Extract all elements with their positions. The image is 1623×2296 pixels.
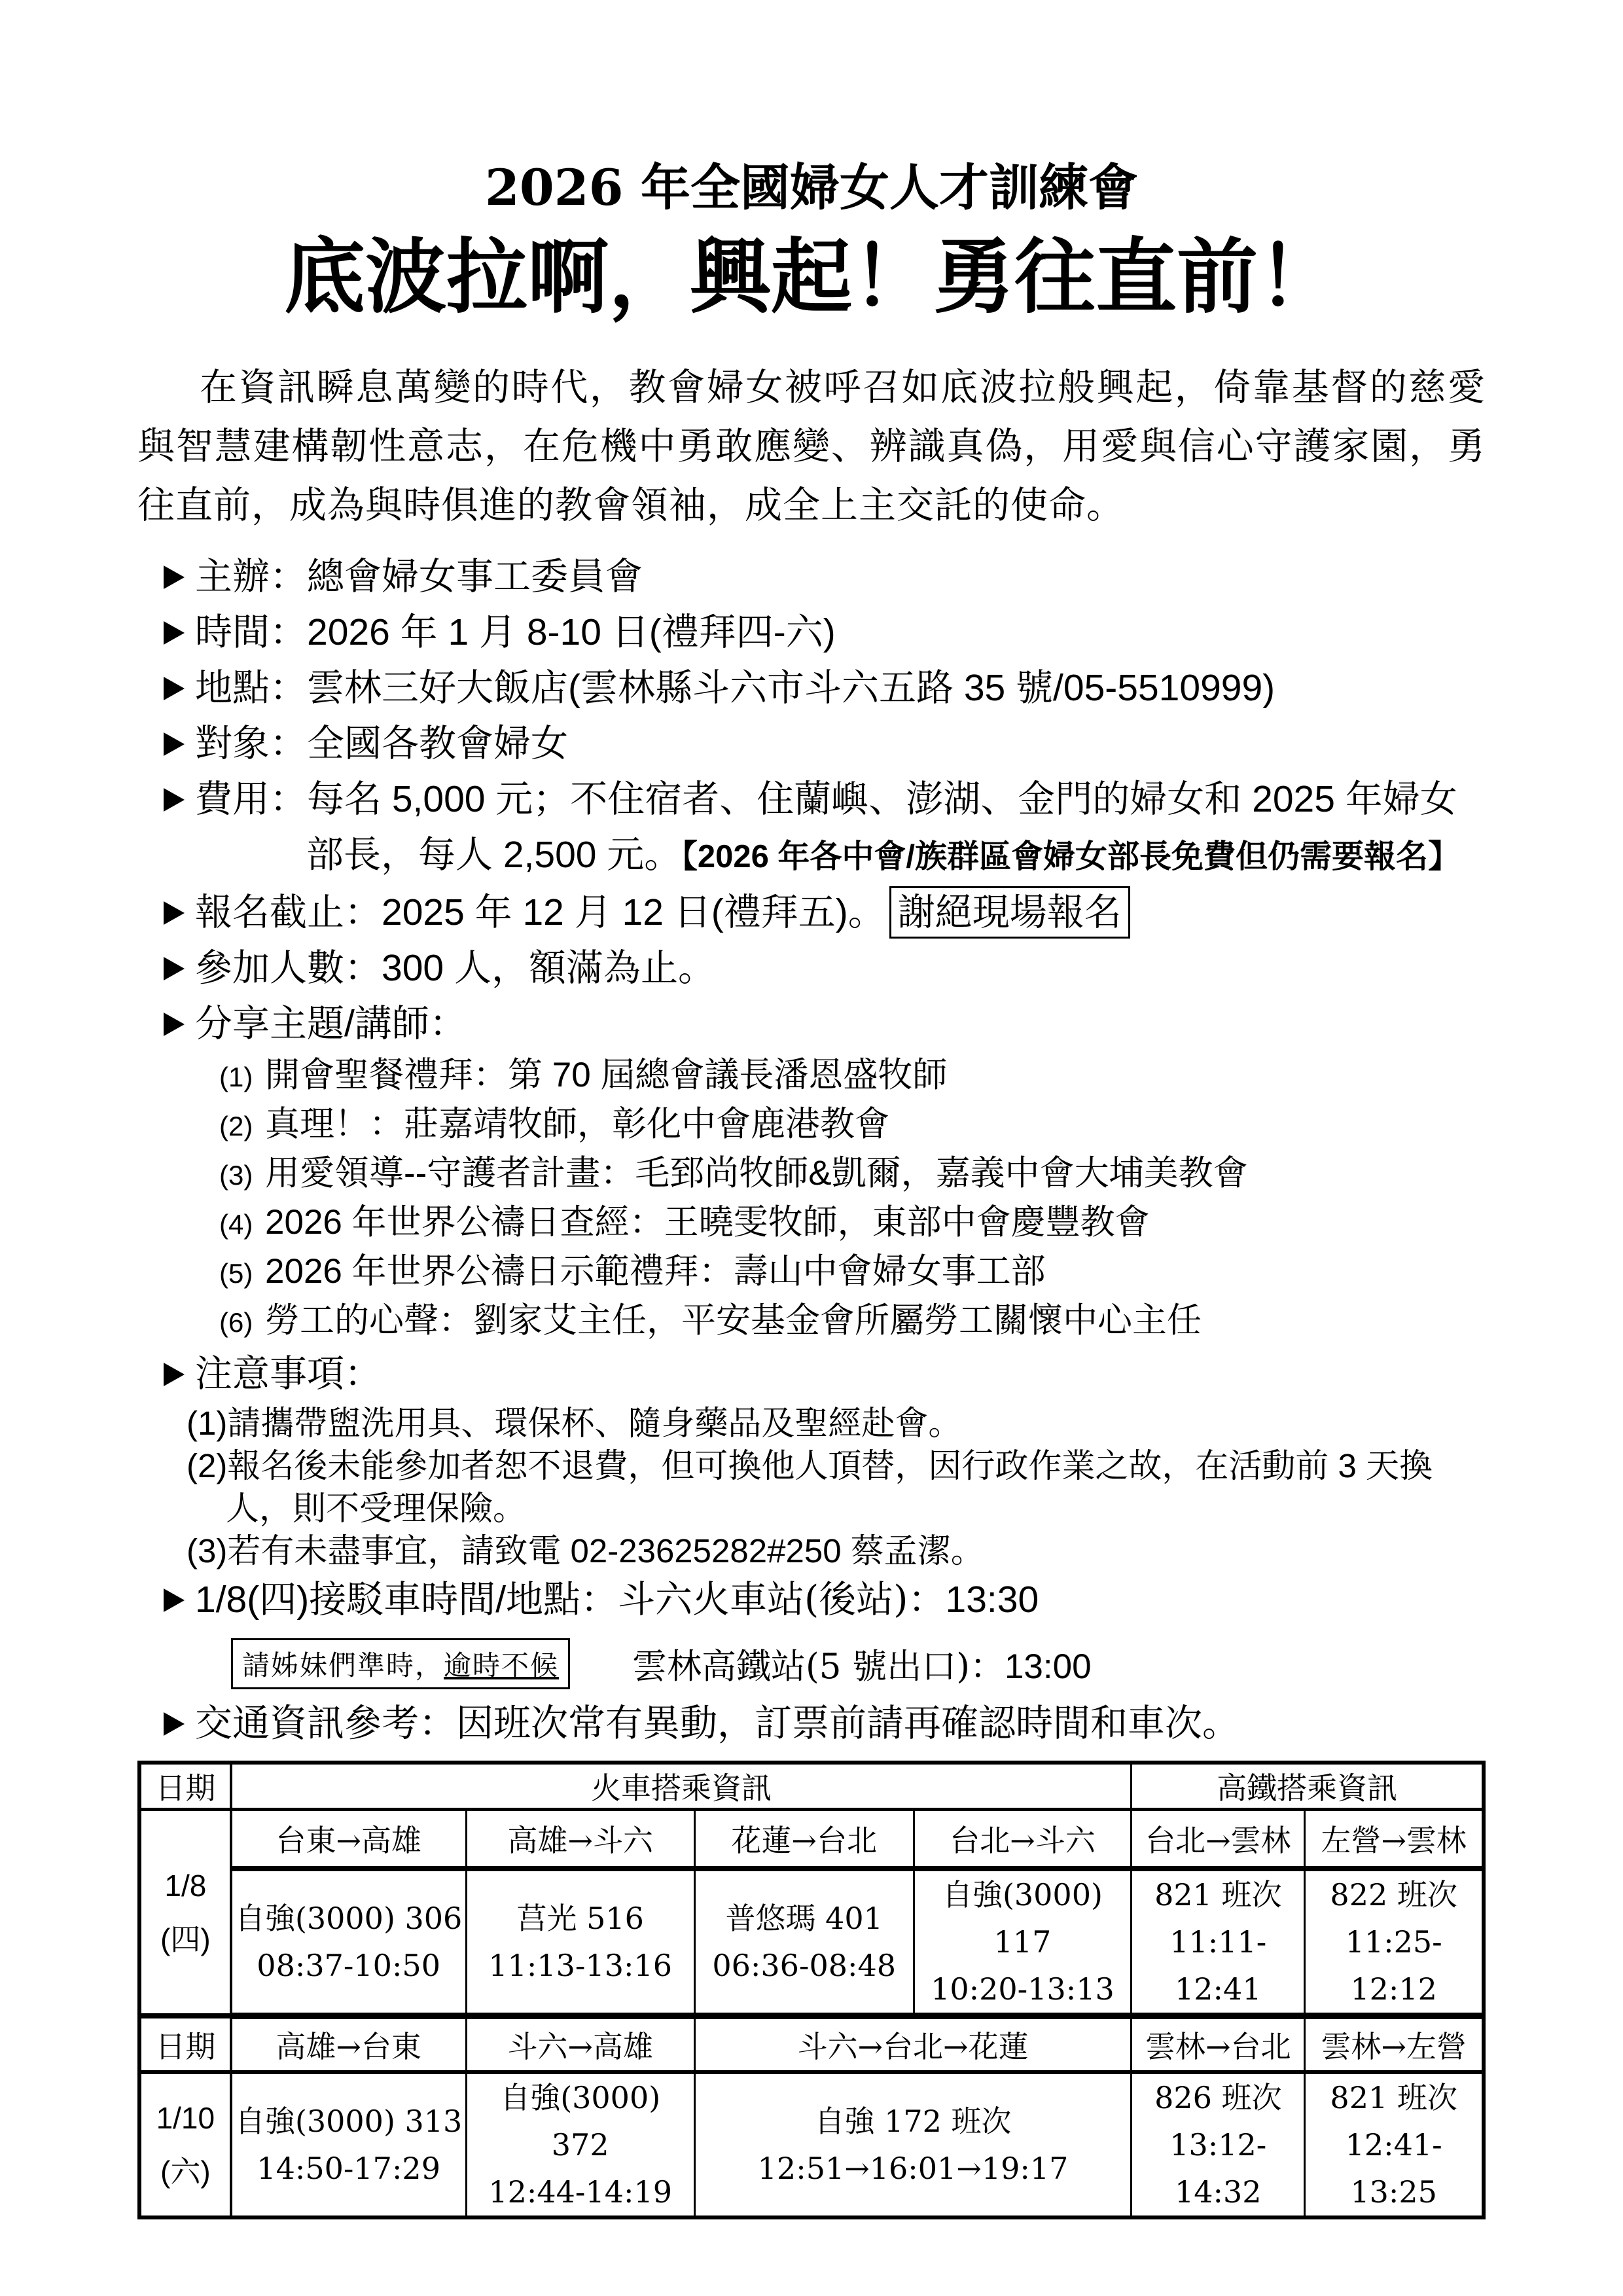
traffic-text: 交通資訊參考：因班次常有異動，訂票前請再確認時間和車次。 [195, 1696, 1486, 1751]
shuttle-text: 1/8(四)接駁車時間/地點：斗六火車站(後站)：13:30 [195, 1572, 1486, 1628]
notes-label: 注意事項： [195, 1346, 1486, 1402]
route-cell: 台北→雲林 [1132, 1810, 1305, 1869]
shuttle-time2: ：13:00 [970, 1639, 1092, 1689]
routes-row-day2: 日期 高雄→台東 斗六→高雄 斗六→台北→花蓮 雲林→台北 雲林→左營 [139, 2016, 1484, 2072]
route-cell: 台北→斗六 [914, 1810, 1132, 1869]
deadline-box: 謝絕現場報名 [889, 886, 1130, 939]
service-cell: 自強(3000) 11710:20-13:13 [914, 1869, 1132, 2016]
time-text: 時間：2026 年 1 月 8-10 日(禮拜四-六) [195, 605, 1486, 660]
event-slogan-title: 底波拉啊，興起！勇往直前！ [137, 231, 1486, 325]
route-cell: 花蓮→台北 [694, 1810, 914, 1869]
shuttle-label: 1/8(四)接駁車時間/地點： [195, 1579, 618, 1621]
service-cell: 普悠瑪 40106:36-08:48 [694, 1869, 914, 2016]
topic-number: (1) [219, 1054, 265, 1101]
bullet-item-traffic: 交通資訊參考：因班次常有異動，訂票前請再確認時間和車次。 [164, 1696, 1486, 1751]
topic-number: (5) [219, 1250, 265, 1297]
capacity-text: 參加人數：300 人，額滿為止。 [195, 941, 1486, 996]
topic-item: (2)真理！：莊嘉靖牧師，彰化中會鹿港教會 [219, 1101, 1486, 1150]
table-header-row: 日期 火車搭乘資訊 高鐵搭乘資訊 [139, 1763, 1484, 1810]
arrow-bullet-icon [164, 565, 185, 589]
topic-text: 開會聖餐禮拜：第 70 屆總會議長潘恩盛牧師 [265, 1056, 947, 1094]
bullet-item-shuttle: 1/8(四)接駁車時間/地點：斗六火車站(後站)：13:30 [164, 1572, 1486, 1628]
services-row-day1: 自強(3000) 30608:37-10:50 莒光 51611:13-13:1… [139, 1869, 1484, 2016]
note-item: (1)請攜帶盥洗用具、環保杯、隨身藥品及聖經赴會。 [187, 1402, 1486, 1444]
topic-item: (3)用愛領導--守護者計畫：毛郅尚牧師&凱爾，嘉義中會大埔美教會 [219, 1150, 1486, 1199]
bullet-item-capacity: 參加人數：300 人，額滿為止。 [164, 941, 1486, 996]
punctuality-text: 請姊妹們準時， [242, 1649, 444, 1681]
topic-item: (5)2026 年世界公禱日示範禮拜：壽山中會婦女事工部 [219, 1248, 1486, 1297]
fee-text: 費用：每名 5,000 元；不住宿者、住蘭嶼、澎湖、金門的婦女和 2025 年婦… [195, 772, 1486, 885]
service-cell: 自強(3000) 30608:37-10:50 [231, 1869, 466, 2016]
arrow-bullet-icon [164, 1712, 185, 1736]
topic-item: (4)2026 年世界公禱日查經：王曉雯牧師，東部中會慶豐教會 [219, 1199, 1486, 1248]
date-cell-day2: 1/10 (六) [139, 2072, 231, 2217]
route-cell: 高雄→斗六 [466, 1810, 694, 1869]
bullet-item-fee: 費用：每名 5,000 元；不住宿者、住蘭嶼、澎湖、金門的婦女和 2025 年婦… [164, 772, 1486, 885]
bullet-item-notes: 注意事項： [164, 1346, 1486, 1402]
intro-paragraph: 在資訊瞬息萬變的時代，教會婦女被呼召如底波拉般興起，倚靠基督的慈愛與智慧建構韌性… [137, 358, 1486, 535]
service-cell: 自強 172 班次12:51→16:01→19:17 [694, 2072, 1132, 2217]
services-row-day2: 1/10 (六) 自強(3000) 31314:50-17:29 自強(3000… [139, 2072, 1484, 2217]
topic-number: (3) [219, 1152, 265, 1199]
arrow-bullet-icon [164, 1363, 185, 1386]
hsr-header-cell: 高鐵搭乘資訊 [1132, 1763, 1484, 1810]
deadline-main-text: 報名截止：2025 年 12 月 12 日(禮拜五)。 [195, 891, 885, 933]
deadline-text: 報名截止：2025 年 12 月 12 日(禮拜五)。謝絕現場報名 [195, 885, 1486, 941]
service-cell: 821 班次12:41-13:25 [1305, 2072, 1484, 2217]
bullet-item-audience: 對象：全國各教會婦女 [164, 716, 1486, 772]
date-day2: 1/10 [141, 2091, 230, 2145]
weekday-day1: (四) [141, 1912, 230, 1966]
note-item: (2)報名後未能參加者恕不退費，但可換他人頂替，因行政作業之故，在活動前 3 天… [187, 1444, 1486, 1530]
detail-bullet-list: 主辦：總會婦女事工委員會 時間：2026 年 1 月 8-10 日(禮拜四-六)… [137, 549, 1486, 1751]
date-day1: 1/8 [141, 1859, 230, 1912]
bullet-item-host: 主辦：總會婦女事工委員會 [164, 549, 1486, 605]
bullet-item-time: 時間：2026 年 1 月 8-10 日(禮拜四-六) [164, 605, 1486, 660]
topic-text: 2026 年世界公禱日示範禮拜：壽山中會婦女事工部 [265, 1252, 1046, 1291]
topic-number: (6) [219, 1299, 265, 1346]
train-header-cell: 火車搭乘資訊 [231, 1763, 1132, 1810]
note-item: (3)若有未盡事宜，請致電 02-23625282#250 蔡孟潔。 [187, 1530, 1486, 1572]
weekday-day2: (六) [141, 2145, 230, 2198]
punctuality-box: 請姊妹們準時，逾時不候 [231, 1638, 570, 1689]
bullet-item-topics: 分享主題/講師： [164, 996, 1486, 1052]
date-header-cell: 日期 [139, 1763, 231, 1810]
service-cell: 821 班次11:11-12:41 [1132, 1869, 1305, 2016]
arrow-bullet-icon [164, 788, 185, 812]
shuttle-time1: ：13:30 [908, 1579, 1039, 1621]
service-cell: 826 班次13:12-14:32 [1132, 2072, 1305, 2217]
arrow-bullet-icon [164, 1588, 185, 1612]
topics-label: 分享主題/講師： [195, 996, 1486, 1052]
date-header-cell-2: 日期 [139, 2016, 231, 2072]
date-cell-day1: 1/8 (四) [139, 1810, 231, 2017]
route-cell: 雲林→台北 [1132, 2016, 1305, 2072]
topic-text: 2026 年世界公禱日查經：王曉雯牧師，東部中會慶豐教會 [265, 1203, 1150, 1242]
bullet-item-deadline: 報名截止：2025 年 12 月 12 日(禮拜五)。謝絕現場報名 [164, 885, 1486, 941]
event-title: 2026 年全國婦女人才訓練會 [137, 160, 1486, 215]
route-cell: 高雄→台東 [231, 2016, 466, 2072]
audience-text: 對象：全國各教會婦女 [195, 716, 1486, 772]
arrow-bullet-icon [164, 901, 185, 925]
service-cell: 莒光 51611:13-13:16 [466, 1869, 694, 2016]
service-cell: 自強(3000) 31314:50-17:29 [231, 2072, 466, 2217]
topic-item: (1)開會聖餐禮拜：第 70 屆總會議長潘恩盛牧師 [219, 1052, 1486, 1101]
topic-text: 用愛領導--守護者計畫：毛郅尚牧師&凱爾，嘉義中會大埔美教會 [265, 1154, 1248, 1193]
routes-row-day1: 1/8 (四) 台東→高雄 高雄→斗六 花蓮→台北 台北→斗六 台北→雲林 左營… [139, 1810, 1484, 1869]
fee-bold-note: 【2026 年各中會/族群區會婦女部長免費但仍需要報名】 [681, 839, 1460, 874]
arrow-bullet-icon [164, 677, 185, 700]
shuttle-second-line: 請姊妹們準時，逾時不候 雲林高鐵站(5 號出口) ：13:00 [231, 1638, 1486, 1689]
transport-table: 日期 火車搭乘資訊 高鐵搭乘資訊 1/8 (四) 台東→高雄 高雄→斗六 花蓮→… [137, 1761, 1486, 2219]
topics-list: (1)開會聖餐禮拜：第 70 屆總會議長潘恩盛牧師 (2)真理！：莊嘉靖牧師，彰… [219, 1052, 1486, 1346]
venue-text: 地點：雲林三好大飯店(雲林縣斗六市斗六五路 35 號/05-5510999) [195, 660, 1486, 716]
route-cell: 台東→高雄 [231, 1810, 466, 1869]
topic-number: (2) [219, 1103, 265, 1150]
arrow-bullet-icon [164, 1013, 185, 1036]
service-cell: 822 班次11:25-12:12 [1305, 1869, 1484, 2016]
topic-item: (6)勞工的心聲：劉家艾主任，平安基金會所屬勞工關懷中心主任 [219, 1297, 1486, 1346]
route-cell: 斗六→台北→花蓮 [694, 2016, 1132, 2072]
shuttle-station2: 雲林高鐵站(5 號出口) [632, 1639, 970, 1689]
route-cell: 左營→雲林 [1305, 1810, 1484, 1869]
shuttle-station1: 斗六火車站(後站) [618, 1578, 908, 1621]
topic-number: (4) [219, 1201, 265, 1248]
flyer-content: 2026 年全國婦女人才訓練會 底波拉啊，興起！勇往直前！ 在資訊瞬息萬變的時代… [0, 160, 1623, 2219]
topic-text: 勞工的心聲：劉家艾主任，平安基金會所屬勞工關懷中心主任 [265, 1301, 1202, 1340]
arrow-bullet-icon [164, 621, 185, 645]
service-cell: 自強(3000) 37212:44-14:19 [466, 2072, 694, 2217]
notes-list: (1)請攜帶盥洗用具、環保杯、隨身藥品及聖經赴會。 (2)報名後未能參加者恕不退… [187, 1402, 1486, 1572]
arrow-bullet-icon [164, 732, 185, 756]
punctuality-underlined-text: 逾時不候 [444, 1649, 559, 1681]
route-cell: 雲林→左營 [1305, 2016, 1484, 2072]
host-text: 主辦：總會婦女事工委員會 [195, 549, 1486, 605]
route-cell: 斗六→高雄 [466, 2016, 694, 2072]
flyer-page: 2026 年全國婦女人才訓練會 底波拉啊，興起！勇往直前！ 在資訊瞬息萬變的時代… [0, 0, 1623, 2296]
topic-text: 真理！：莊嘉靖牧師，彰化中會鹿港教會 [265, 1105, 889, 1143]
bullet-item-venue: 地點：雲林三好大飯店(雲林縣斗六市斗六五路 35 號/05-5510999) [164, 660, 1486, 716]
arrow-bullet-icon [164, 957, 185, 980]
